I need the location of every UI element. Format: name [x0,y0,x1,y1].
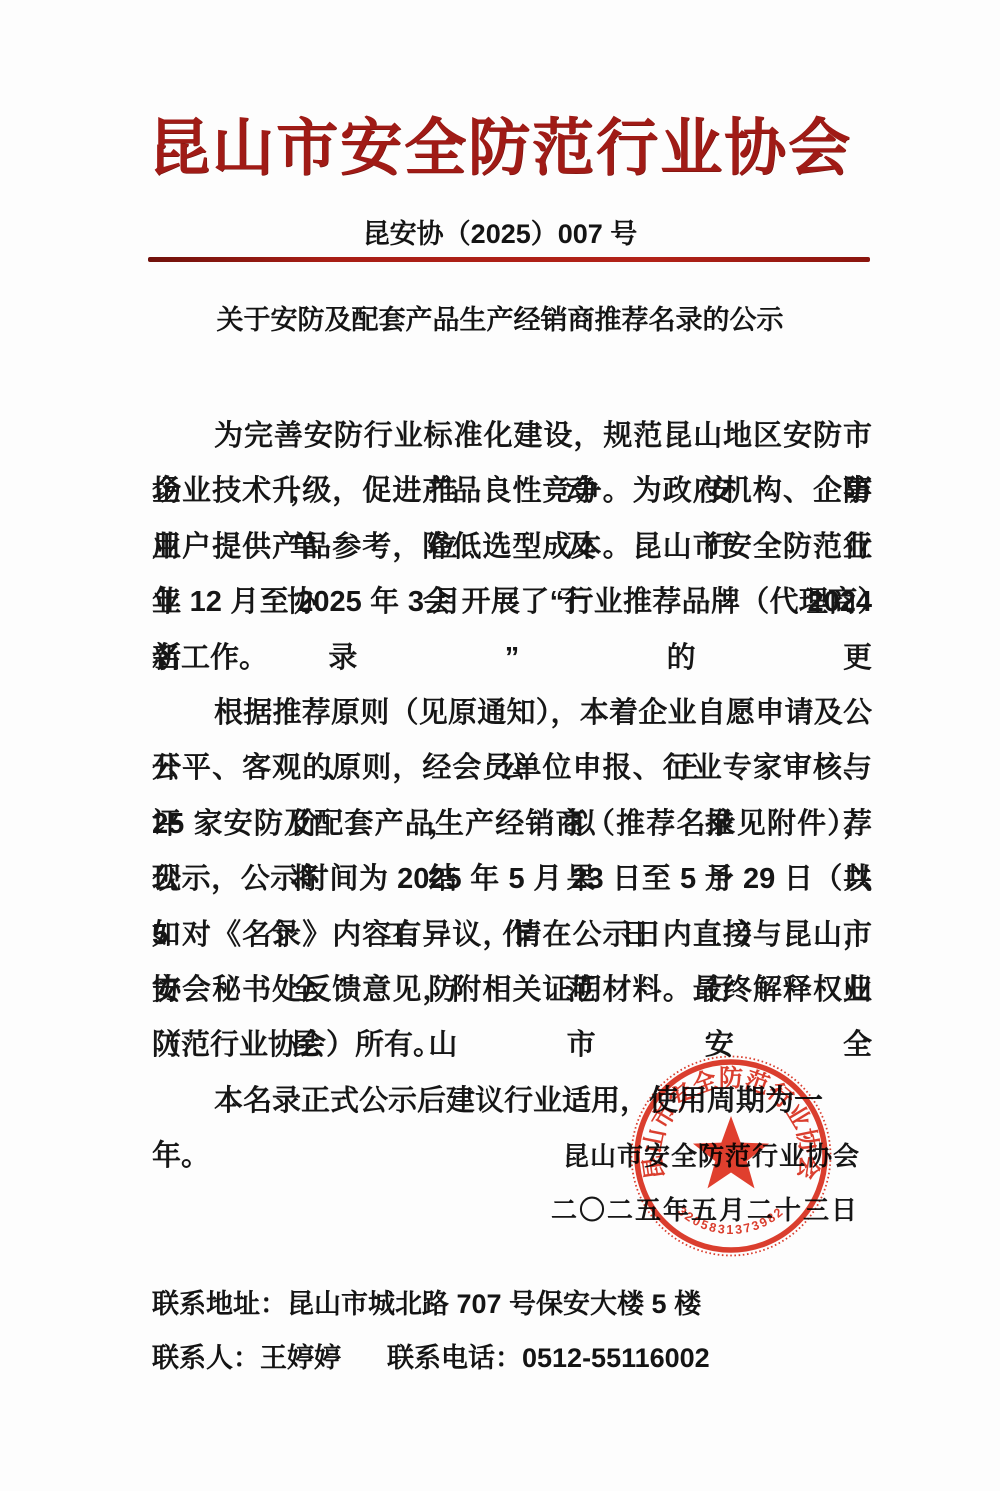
body-line: 公平、客观的原则，经会员单位申报、行业专家审核与评价，拟推荐 [152,741,872,796]
contact-phone-value: 0512-55116002 [522,1343,710,1373]
org-title: 昆山市安全防范行业协会 [0,114,1000,185]
contact-person-line: 联系人：王婷婷 [152,1336,341,1375]
contact-phone-label: 联系电话： [387,1343,522,1373]
contact-address-label: 联系地址： [152,1289,287,1319]
body-line: 用户提供产品参考，降低选型成本。昆山市安全防范行业协会于 2024 [152,520,872,575]
red-divider-line [148,257,870,262]
doc-number: 昆安协（2025）007 号 [0,212,1000,251]
body-text: 为完善安防行业标准化建设，规范昆山地区安防市场，推动安防企业技术升级，促进产品良… [152,409,872,1129]
body-line: 年 12 月至 2025 年 3 月开展了“行业推荐品牌（代理商）名录”的更 [152,575,872,630]
contact-address-value: 昆山市城北路 707 号保安大楼 5 楼 [287,1289,701,1319]
official-seal: 昆山市安全防范行业协会 3205831373982 [625,1050,837,1262]
body-line: 如对《名录》内容有异议，请在公示日内直接与昆山市安全防范行业 [152,908,872,963]
document-page: 昆山市安全防范行业协会 昆安协（2025）007 号 关于安防及配套产品生产经销… [0,0,1000,1491]
red-star-icon [693,1116,769,1188]
body-line: 为完善安防行业标准化建设，规范昆山地区安防市场，推动安防 [152,409,872,464]
body-line: 协会秘书处反馈意见，附相关证明材料。最终解释权归（昆山市安全 [152,963,872,1018]
contact-address-line: 联系地址：昆山市城北路 707 号保安大楼 5 楼 [152,1282,701,1321]
contact-phone-line: 联系电话：0512-55116002 [387,1336,710,1375]
contact-person-value: 王婷婷 [260,1343,341,1373]
seal-serial-number: 3205831373982 [675,1204,787,1237]
body-line: 25 家安防及配套产品生产经销商（推荐名录见附件），现将结果予以 [152,797,872,852]
contact-person-label: 联系人： [152,1343,260,1373]
body-line: 企业技术升级，促进产品良性竞争。为政府机构、企事业单位及行业 [152,464,872,519]
subject-title: 关于安防及配套产品生产经销商推荐名录的公示 [0,298,1000,337]
seal-graphic: 昆山市安全防范行业协会 3205831373982 [625,1050,837,1262]
body-line: 公示，公示时间为 2025 年 5 月 23 日至 5 月 29 日（共 5 个… [152,852,872,907]
body-line: 根据推荐原则（见原通知），本着企业自愿申请及公开、公正、 [152,686,872,741]
